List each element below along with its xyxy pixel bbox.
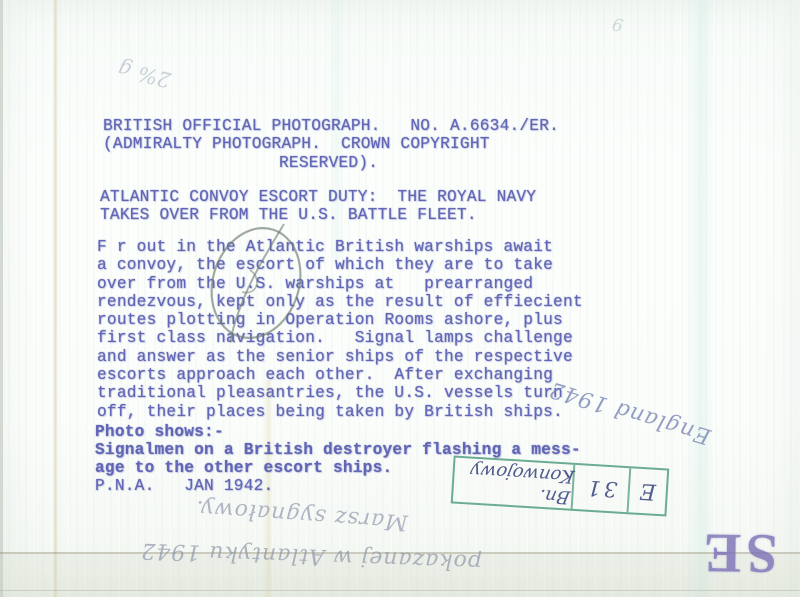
text-line: ATLANTIC CONVOY ESCORT DUTY: THE ROYAL N…: [100, 188, 536, 206]
stamp-box-handwritten-cell: Bn. Konwojowy: [450, 458, 577, 509]
text-line: and answer as the senior ships of the re…: [97, 348, 583, 366]
text-line: first class navigation. Signal lamps cha…: [97, 329, 583, 347]
subject-title-block: ATLANTIC CONVOY ESCORT DUTY: THE ROYAL N…: [100, 188, 536, 225]
text-line: escorts approach each other. After excha…: [97, 366, 583, 384]
text-line: F r out in the Atlantic British warships…: [97, 238, 583, 256]
text-line: traditional pleasantries, the U.S. vesse…: [97, 384, 583, 402]
text-line: routes plotting in Operation Rooms ashor…: [97, 311, 583, 329]
text-line: off, their places being taken by British…: [97, 403, 583, 421]
text-line: over from the U.S. warships at prearrang…: [97, 275, 583, 293]
header-block: BRITISH OFFICIAL PHOTOGRAPH. NO. A.6634.…: [103, 117, 559, 172]
text-line: TAKES OVER FROM THE U.S. BATTLE FLEET.: [100, 206, 536, 224]
body-paragraph: F r out in the Atlantic British warships…: [97, 238, 583, 421]
text-line: (ADMIRALTY PHOTOGRAPH. CROWN COPYRIGHT: [103, 135, 559, 153]
text-line: rendezvous, kept only as the result of e…: [97, 293, 583, 311]
text-line: RESERVED).: [103, 154, 559, 172]
se-rubber-stamp: SE: [685, 513, 790, 592]
stamp-box-number-cell: 31: [571, 465, 630, 512]
text-line: BRITISH OFFICIAL PHOTOGRAPH. NO. A.6634.…: [103, 117, 559, 135]
photo-shows-label: Photo shows:-: [95, 423, 224, 441]
text-line: Signalmen on a British destroyer flashin…: [95, 441, 581, 459]
credit-line: P.N.A. JAN 1942.: [95, 477, 273, 495]
stamp-box-letter-cell: E: [627, 468, 668, 514]
text-line: a convoy, the escort of which they are t…: [97, 256, 583, 274]
photo-caption-card: BRITISH OFFICIAL PHOTOGRAPH. NO. A.6634.…: [0, 0, 800, 597]
